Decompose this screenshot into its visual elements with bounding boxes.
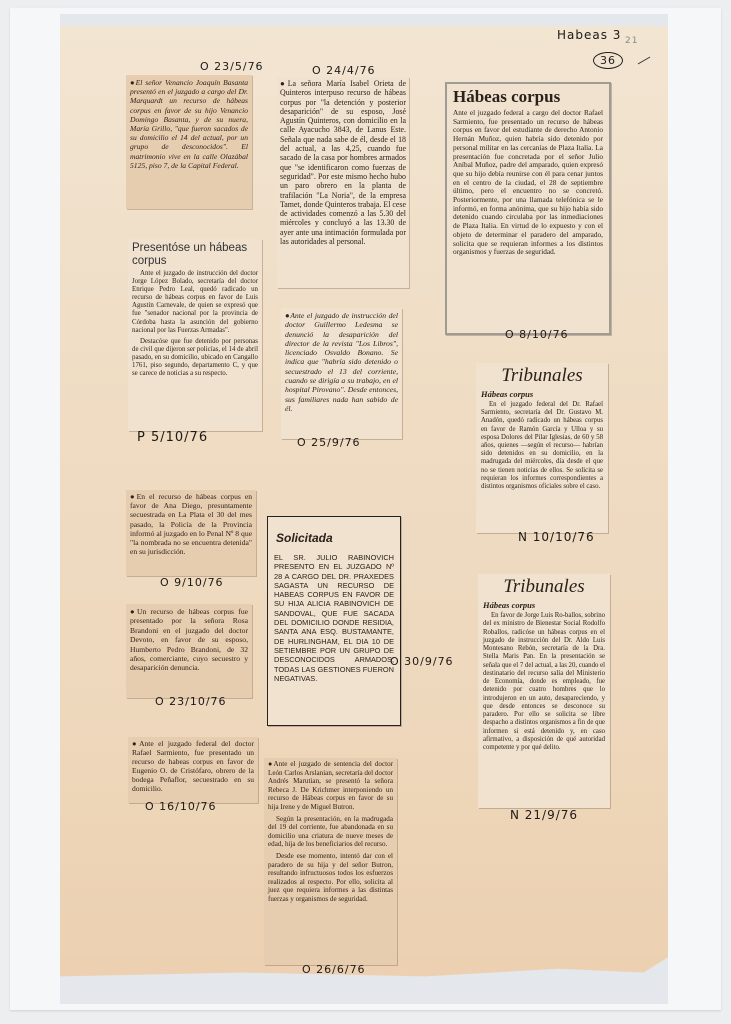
news-clipping: En el recurso de hábeas corpus en favor … [126, 490, 256, 576]
news-clipping: Tribunales Hábeas corpus En favor de Jor… [478, 574, 610, 808]
clipping-subtitle: Hábeas corpus [481, 389, 603, 399]
clipping-paragraph: Ante el juzgado de instrucción del docto… [132, 270, 258, 335]
clipping-text: Un recurso de hábeas corpus fue presenta… [130, 607, 248, 673]
clipping-date: O 9/10/76 [160, 576, 224, 589]
clipping-text: En el juzgado federal del Dr. Rafael Sar… [481, 401, 603, 491]
clipping-date: O 8/10/76 [505, 328, 569, 341]
clipping-title: Solicitada [276, 531, 394, 545]
clipping-subtitle: Hábeas corpus [483, 600, 605, 610]
clipping-date: O 23/10/76 [155, 695, 227, 708]
clipping-date: O 25/9/76 [297, 436, 361, 449]
clipping-paragraph: Ante el juzgado de sentencia del doctor … [268, 760, 393, 812]
page-number-circle: 36 [593, 52, 623, 69]
clipping-text: En el recurso de hábeas corpus en favor … [130, 492, 252, 556]
news-clipping: Solicitada El Sr. Julio Rabinovich prese… [267, 516, 401, 726]
clipping-text: Ante el juzgado de instrucción del docto… [285, 311, 398, 413]
clipping-paragraph: Desde ese momento, intentó dar con el pa… [268, 852, 393, 904]
clipping-text: El señor Venancio Joaquín Basanta presen… [130, 78, 248, 170]
news-clipping: Presentóse un hábeas corpus Ante el juzg… [128, 239, 262, 431]
clipping-date: O 30/9/76 [390, 655, 454, 668]
news-clipping: La señora María Isabel Orieta de Quinter… [277, 77, 409, 288]
clipping-date: O 24/4/76 [312, 64, 376, 77]
clipping-date: O 16/10/76 [145, 800, 217, 813]
folder-mark: 21 [625, 36, 638, 46]
clipping-date: N 21/9/76 [510, 808, 578, 822]
clipping-text: Ante el juzgado federal a cargo del doct… [453, 109, 603, 257]
clipping-text: Ante el juzgado federal del doctor Rafae… [132, 739, 254, 793]
news-clipping: El señor Venancio Joaquín Basanta presen… [126, 75, 252, 209]
clipping-paragraph: Según la presentación, en la madrugada d… [268, 815, 393, 849]
folder-label: Habeas 3 [557, 28, 621, 42]
clipping-date: N 10/10/76 [518, 530, 595, 544]
news-clipping: Ante el juzgado de sentencia del doctor … [264, 758, 397, 965]
clipping-paragraph: Destacóse que fue detenido por personas … [132, 338, 258, 378]
clipping-date: O 23/5/76 [200, 60, 264, 73]
clipping-title: Tribunales [483, 576, 605, 598]
clipping-text: La señora María Isabel Orieta de Quinter… [280, 79, 406, 246]
clipping-text: El Sr. Julio Rabinovich presento en el J… [274, 553, 394, 683]
clipping-title: Hábeas corpus [453, 87, 603, 107]
clipping-date: P 5/10/76 [137, 430, 208, 445]
news-clipping: Hábeas corpus Ante el juzgado federal a … [445, 82, 611, 335]
clipping-title: Presentóse un hábeas corpus [132, 242, 258, 268]
news-clipping: Tribunales Hábeas corpus En el juzgado f… [476, 363, 608, 533]
clipping-title: Tribunales [481, 365, 603, 387]
news-clipping: Ante el juzgado de instrucción del docto… [281, 308, 402, 439]
news-clipping: Un recurso de hábeas corpus fue presenta… [126, 604, 252, 698]
clipping-text: En favor de Jorge Luis Ro-ballos, sobrin… [483, 612, 605, 752]
news-clipping: Ante el juzgado federal del doctor Rafae… [128, 737, 258, 803]
clipping-date: O 26/6/76 [302, 963, 366, 976]
